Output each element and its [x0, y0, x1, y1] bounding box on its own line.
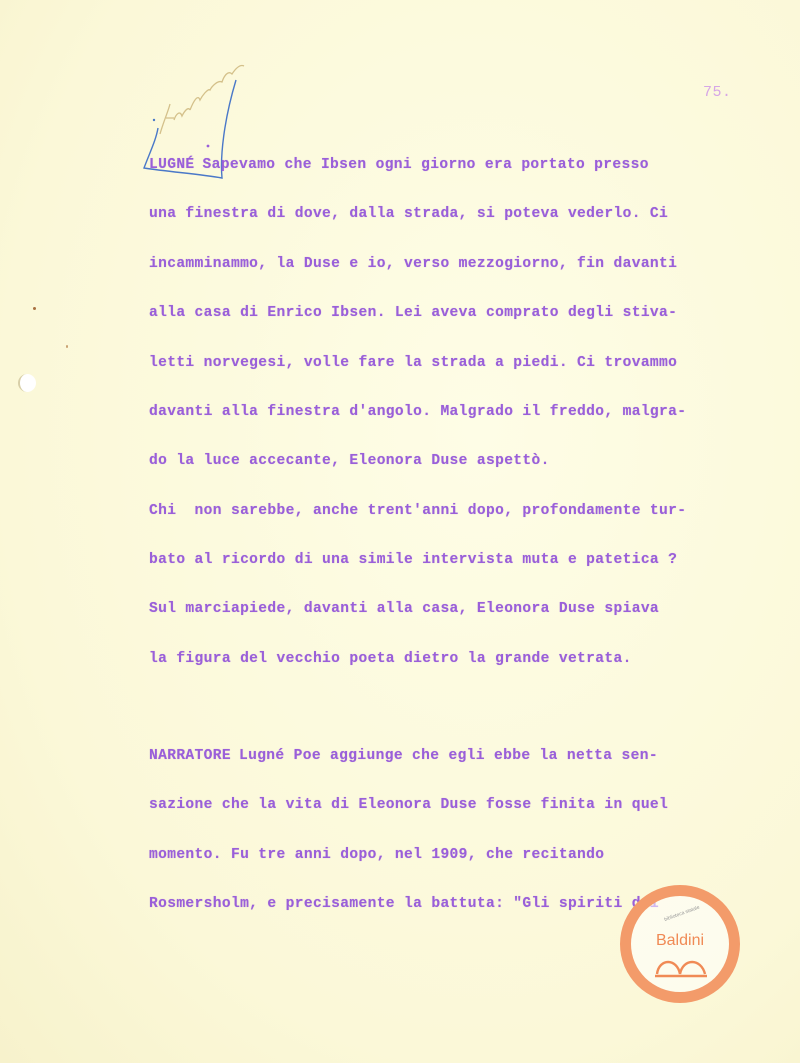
text-line: do la luce accecante, Eleonora Duse aspe…: [149, 453, 550, 469]
line-text: davanti alla finestra d'angolo. Malgrado…: [149, 404, 686, 420]
page-number: 75.: [703, 84, 732, 101]
line-text: Rosmersholm, e precisamente la battuta: …: [149, 896, 659, 912]
line-text: sazione che la vita di Eleonora Duse fos…: [149, 797, 668, 813]
line-text: momento. Fu tre anni dopo, nel 1909, che…: [149, 847, 604, 863]
line-text: do la luce accecante, Eleonora Duse aspe…: [149, 453, 550, 469]
text-line: una finestra di dove, dalla strada, si p…: [149, 206, 668, 222]
text-line: LUGNÉSapevamo che Ibsen ogni giorno era …: [149, 157, 649, 173]
text-line: alla casa di Enrico Ibsen. Lei aveva com…: [149, 305, 677, 321]
text-line: Chi non sarebbe, anche trent'anni dopo, …: [149, 503, 686, 519]
speaker-label: NARRATORE: [149, 748, 231, 764]
text-line: letti norvegesi, volle fare la strada a …: [149, 355, 677, 371]
paper-spot: [66, 345, 68, 348]
text-line: sazione che la vita di Eleonora Duse fos…: [149, 797, 668, 813]
line-text: la figura del vecchio poeta dietro la gr…: [149, 651, 632, 667]
line-text: alla casa di Enrico Ibsen. Lei aveva com…: [149, 305, 677, 321]
text-line: momento. Fu tre anni dopo, nel 1909, che…: [149, 847, 604, 863]
line-text: Sapevamo che Ibsen ogni giorno era porta…: [203, 157, 649, 173]
text-line: la figura del vecchio poeta dietro la gr…: [149, 651, 632, 667]
text-line: incamminammo, la Duse e io, verso mezzog…: [149, 256, 677, 272]
line-text: bato al ricordo di una simile intervista…: [149, 552, 677, 568]
text-line: Rosmersholm, e precisamente la battuta: …: [149, 896, 659, 912]
line-text: letti norvegesi, volle fare la strada a …: [149, 355, 677, 371]
text-line: bato al ricordo di una simile intervista…: [149, 552, 677, 568]
book-logo-icon: [653, 952, 709, 978]
text-line: NARRATORELugné Poe aggiunge che egli ebb…: [149, 748, 658, 764]
stamp-label: Baldini: [631, 932, 729, 950]
typewritten-page: 75. LUGNÉSapevamo che Ibsen ogni giorno …: [0, 0, 800, 1063]
library-stamp: biblioteca statale Baldini: [620, 885, 740, 1003]
paper-spot: [33, 307, 36, 310]
line-text: incamminammo, la Duse e io, verso mezzog…: [149, 256, 677, 272]
speaker-label: LUGNÉ: [149, 157, 195, 173]
line-text: Lugné Poe aggiunge che egli ebbe la nett…: [239, 748, 658, 764]
line-text: Chi non sarebbe, anche trent'anni dopo, …: [149, 503, 686, 519]
line-text: una finestra di dove, dalla strada, si p…: [149, 206, 668, 222]
stamp-sublabel: biblioteca statale: [663, 904, 706, 933]
paper-hole: [18, 374, 36, 392]
text-line: Sul marciapiede, davanti alla casa, Eleo…: [149, 601, 659, 617]
line-text: Sul marciapiede, davanti alla casa, Eleo…: [149, 601, 659, 617]
text-line: davanti alla finestra d'angolo. Malgrado…: [149, 404, 686, 420]
